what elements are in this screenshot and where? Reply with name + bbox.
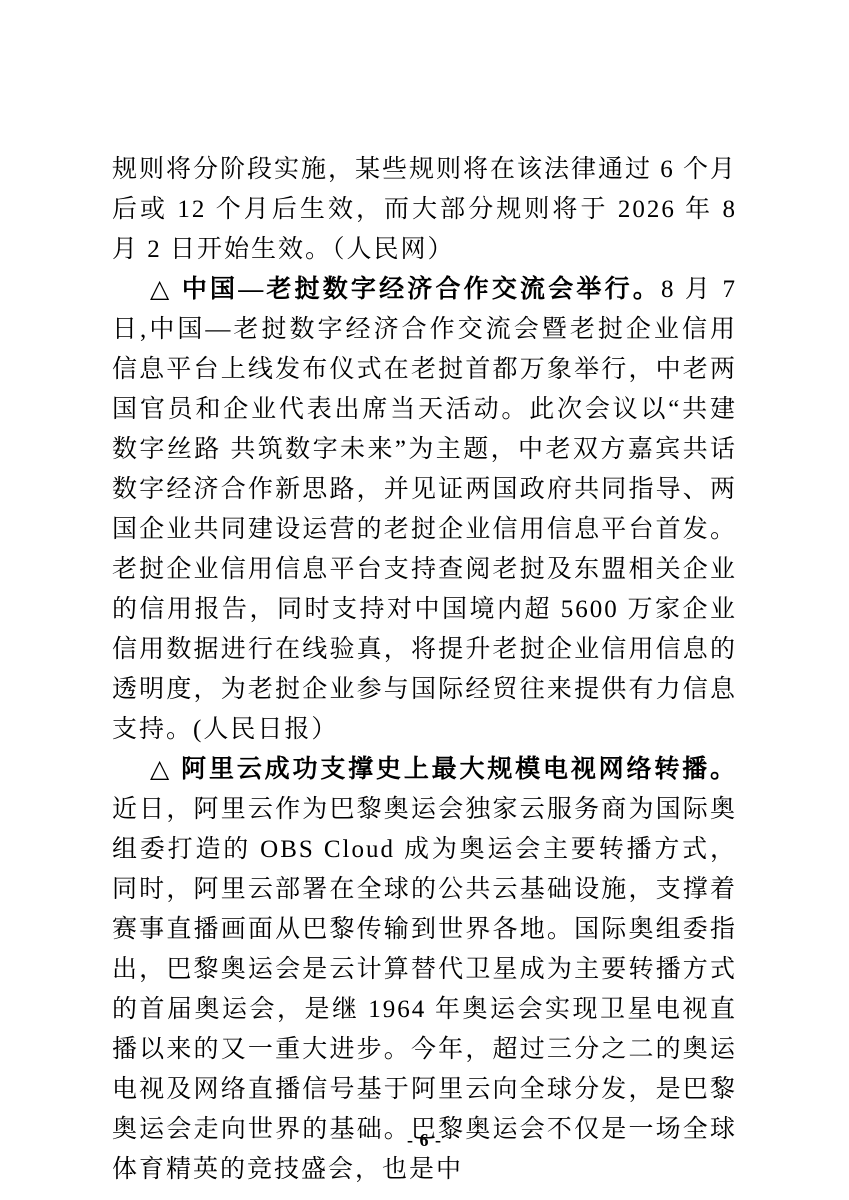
paragraph: △ 中国—老挝数字经济合作交流会举行。8 月 7 日,中国—老挝数字经济合作交流… — [112, 270, 737, 750]
paragraph-text: 规则将分阶段实施，某些规则将在该法律通过 6 个月后或 12 个月后生效，而大部… — [112, 156, 737, 263]
document-body: 规则将分阶段实施，某些规则将在该法律通过 6 个月后或 12 个月后生效，而大部… — [112, 150, 737, 1190]
page-number: - 6 - — [0, 1130, 849, 1151]
paragraph: △ 阿里云成功支撑史上最大规模电视网络转播。近日，阿里云作为巴黎奥运会独家云服务… — [112, 750, 737, 1190]
paragraph-heading: △ 中国—老挝数字经济合作交流会举行。 — [150, 276, 661, 303]
paragraph-text: 近日，阿里云作为巴黎奥运会独家云服务商为国际奥组委打造的 OBS Cloud 成… — [112, 796, 737, 1183]
paragraph: 规则将分阶段实施，某些规则将在该法律通过 6 个月后或 12 个月后生效，而大部… — [112, 150, 737, 270]
paragraph-heading: △ 阿里云成功支撑史上最大规模电视网络转播。 — [150, 756, 737, 783]
document-page: 规则将分阶段实施，某些规则将在该法律通过 6 个月后或 12 个月后生效，而大部… — [0, 0, 849, 1200]
paragraph-text: 8 月 7 日,中国—老挝数字经济合作交流会暨老挝企业信用信息平台上线发布仪式在… — [112, 276, 737, 743]
